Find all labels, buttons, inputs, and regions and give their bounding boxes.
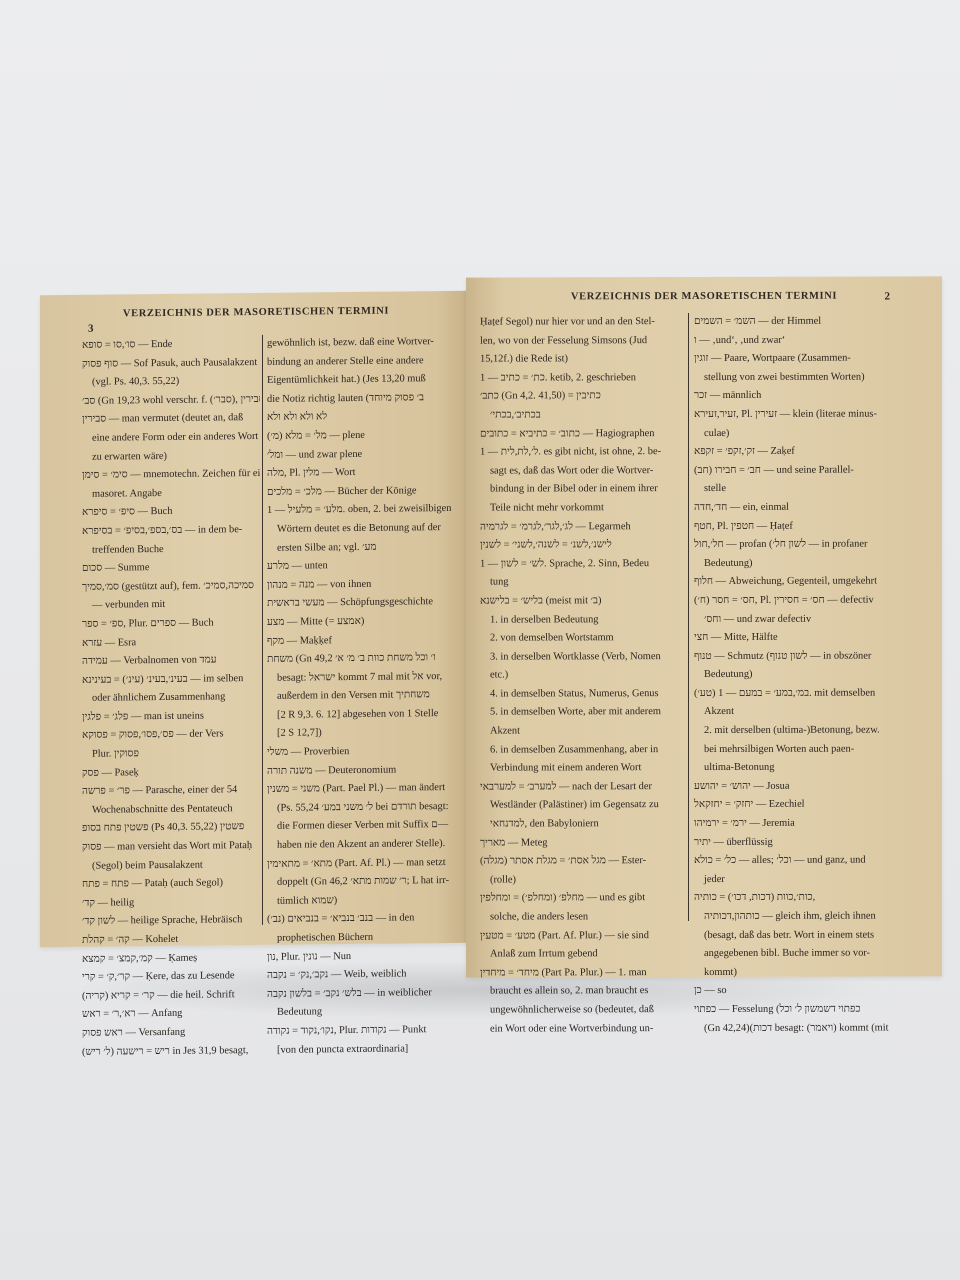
- glossary-line: מלרע — unten: [267, 556, 451, 577]
- glossary-line: לג׳,לגר׳,לגרמ׳ = לגרמיה — Legarmeh: [480, 518, 686, 537]
- glossary-line: נון, Plur. נונין — Nun: [267, 947, 451, 968]
- glossary-line: סיפ׳ = סיפרא — Buch: [82, 502, 260, 522]
- glossary-line: כתוב׳ = כתיביא = כתובים — Hagiographen: [480, 425, 686, 444]
- glossary-line: בכתיב׳,בכתי׳: [480, 406, 686, 425]
- glossary-line: למדנחאי, den Babyloniern: [480, 815, 686, 834]
- glossary-line: סמ׳,סמיך (gestützt auf), fem. סמיכה,סמיכ…: [82, 577, 260, 597]
- glossary-line: פשטין פתח בסופ (Ps 40,3. 55,22) פשטין: [82, 818, 260, 838]
- glossary-line: jeder: [694, 870, 904, 889]
- glossary-line: מאריך — Meteg: [480, 834, 686, 853]
- glossary-line: (vgl. Ps. 40,3. 55,22): [82, 372, 260, 392]
- glossary-line: haben nie den Akzent an anderer Stelle).: [267, 835, 451, 856]
- glossary-line: טנוף — Schmutz (לשון טנוף — in obszöner: [694, 647, 904, 666]
- glossary-line: זכר — männlich: [694, 387, 904, 406]
- right-page-column-1: Ḥaṭef Segol) nur hier vor und an den Ste…: [480, 313, 686, 1039]
- glossary-line: 4. in demselben Status, Numerus, Genus: [480, 685, 686, 704]
- glossary-line: ein Wort oder eine Wortverbindung un-: [480, 1020, 686, 1039]
- glossary-line: זעיר,זעירא, Pl. זעירין — klein (literae …: [694, 405, 904, 424]
- glossary-line: סו׳,סו = סופא — Ende: [82, 335, 260, 355]
- glossary-line: פסק — Paseḳ: [82, 763, 260, 783]
- glossary-line: Westländer (Palästiner) im Gegensatz zu: [480, 796, 686, 815]
- glossary-line: בעינ׳,בעינ׳ (עינ׳) = בעינינא — im selben: [82, 670, 260, 690]
- glossary-line: מלע׳ = מלעיל — 1. oben, 2. bei zweisilbi…: [267, 500, 451, 521]
- glossary-line: 2. von demselben Wortstamm: [480, 629, 686, 648]
- glossary-line: פלג׳ = פלגין — man ist uneins: [82, 707, 260, 727]
- glossary-line: קה׳ = קהלת — Kohelet: [82, 930, 260, 950]
- glossary-line: (Gn 42,24)(דכות besagt: (ויאמר) kommt (m…: [694, 1019, 904, 1038]
- glossary-line: ריש = רישעה (ל׳ ריש) in Jes 31,9 besagt,: [82, 1042, 260, 1062]
- glossary-line: חד׳,חדה — ein, einmal: [694, 498, 904, 517]
- glossary-line: לישנ׳,לשנ׳ = לשנה׳,לשני׳ = לשנין: [480, 536, 686, 555]
- glossary-line: (מ׳) מל׳ = מלא — plene: [267, 426, 451, 447]
- column-divider: [688, 313, 689, 921]
- glossary-line: doppelt (Gn 46,2 ר׳ שמות מתא׳; L hat irr…: [267, 872, 451, 893]
- glossary-line: besagt: ישראל kommt 7 mal mit אל vor,: [267, 668, 451, 689]
- glossary-line: לא ולא ולא ולא: [267, 407, 451, 428]
- glossary-line: Anlaß zum Irrtum gebend: [480, 945, 686, 964]
- glossary-line: bei mehrsilbigen Worten auch paen-: [694, 740, 904, 759]
- glossary-line: מטע׳ = מטעין (Part. Af. Plur.) — sie sin…: [480, 927, 686, 946]
- glossary-line: ירמ׳ = ירמיהו — Jeremia: [694, 815, 904, 834]
- glossary-line: רא׳,ר׳ = ראש — Anfang: [82, 1004, 260, 1024]
- glossary-line: Eigentümlichkeit hat.) (Jes 13,20 muß: [267, 370, 451, 391]
- glossary-line: ersten Silbe an; vgl. מע׳: [267, 537, 451, 558]
- glossary-line: כות׳,כוות (דכות, דכו׳) = כותיה,: [694, 889, 904, 908]
- glossary-line: — verbunden mit: [82, 595, 260, 615]
- glossary-line: מנה = מנהון — von ihnen: [267, 575, 451, 596]
- glossary-line: len, wo von der Fesselung Simsons (Jud: [480, 332, 686, 351]
- glossary-line: stelle: [694, 480, 904, 499]
- glossary-line: פסוק — man versieht das Wort mit Pataḥ: [82, 837, 260, 857]
- glossary-line: קד׳ — heilig: [82, 893, 260, 913]
- glossary-line: [2 S 12,7]): [267, 723, 451, 744]
- glossary-line: סימ׳ = סימן — mnemotechn. Zeichen für ei…: [82, 465, 260, 485]
- glossary-line: 5. in demselben Worte, aber mit anderem: [480, 704, 686, 723]
- glossary-line: קמ׳,קמצ׳ = קמצא — Ḳameṣ: [82, 949, 260, 969]
- glossary-line: Verbindung mit einem anderen Wort: [480, 759, 686, 778]
- glossary-line: לש׳ = לשון — 1. Sprache, 2. Sinn, Bedeu: [480, 555, 686, 574]
- glossary-line: חצי — Mitte, Hälfte: [694, 629, 904, 648]
- left-page-column-1: סו׳,סו = סופא — Endeסוף פסוק — Sof Pasuk…: [82, 335, 260, 1062]
- glossary-line: Bedeutung): [694, 554, 904, 573]
- glossary-line: Akzent: [694, 703, 904, 722]
- glossary-line: נקו׳,נקוד = נקודה, Plur. נקודות — Punkt: [267, 1021, 451, 1042]
- glossary-line: זק׳,זקפ׳ = זקפא — Zaḳef: [694, 443, 904, 462]
- glossary-line: 1. in derselben Bedeutung: [480, 611, 686, 630]
- glossary-line: bindung in der Bibel oder in einem ihrer: [480, 480, 686, 499]
- glossary-line: משני = משנין (Part. Pael Pl.) — man ände…: [267, 779, 451, 800]
- glossary-line: פתח = פתח — Pataḥ (auch Segol): [82, 874, 260, 894]
- glossary-line: Teile nicht mehr vorkommt: [480, 499, 686, 518]
- right-page: VERZEICHNIS DER MASORETISCHEN TERMINI 2 …: [466, 276, 942, 977]
- glossary-line: זוגין — Paare, Wortpaare (Zusammen-: [694, 350, 904, 369]
- glossary-line: Bedeutung): [694, 666, 904, 685]
- glossary-line: סכום — Summe: [82, 558, 260, 578]
- glossary-line: מלה, Pl. מלין — Wort: [267, 463, 451, 484]
- glossary-line: יחזק׳ = יחזקאל — Ezechiel: [694, 796, 904, 815]
- glossary-line: stellung von zwei bestimmten Worten): [694, 368, 904, 387]
- glossary-line: חל׳,חול — profan (לשון חל׳ — in profaner: [694, 536, 904, 555]
- glossary-line: מצע — Mitte (= אמצע): [267, 612, 451, 633]
- glossary-line: וחס׳ — und zwar defectiv: [694, 610, 904, 629]
- glossary-line: culae): [694, 424, 904, 443]
- glossary-line: [2 R 9,3. 6. 12] abgesehen von 1 Stelle: [267, 705, 451, 726]
- glossary-line: (Ps. 55,24 ל׳ משני במע׳ bei תורדם besagt…: [267, 798, 451, 819]
- glossary-line: מלכ׳ = מלכים — Bücher der Könige: [267, 482, 451, 503]
- glossary-line: (Segol) beim Pausalakzent: [82, 856, 260, 876]
- glossary-line: בס׳,בספ׳,בסיפ׳ = בסיפרא — in dem be-: [82, 521, 260, 541]
- glossary-line: 6. in demselben Zusammenhang, aber in: [480, 741, 686, 760]
- glossary-line: (rolle): [480, 871, 686, 890]
- glossary-line: כותהון,דכותיה — gleich ihm, gleich ihnen: [694, 907, 904, 926]
- glossary-line: עזרא — Esra: [82, 632, 260, 652]
- glossary-line: משלי — Proverbien: [267, 742, 451, 763]
- left-page: VERZEICHNIS DER MASORETISCHEN TERMINI 3 …: [40, 291, 472, 948]
- glossary-line: ultima-Betonung: [694, 759, 904, 778]
- glossary-line: kommt): [694, 963, 904, 982]
- glossary-line: 2. mit derselben (ultima-)Betonung, bezw…: [694, 722, 904, 741]
- glossary-line: בליש׳ = בלישנא (meist mit ב׳): [480, 592, 686, 611]
- left-page-column-2: gewöhnlich ist, bezw. daß eine Wortver-b…: [267, 333, 451, 1060]
- glossary-line: מתא׳ = מתאימין (Part. Af. Pl.) — man set…: [267, 854, 451, 875]
- glossary-line: Bedeutung: [267, 1002, 451, 1023]
- glossary-line: angegebenen bibl. Buche immer so vor-: [694, 945, 904, 964]
- glossary-line: sagt es, daß das Wort oder die Wortver-: [480, 462, 686, 481]
- glossary-line: eine andere Form oder ein anderes Wort: [82, 428, 260, 448]
- glossary-line: כפתוי — Fesselung (כפתוי דשמשון ל׳ וכל: [694, 1000, 904, 1019]
- glossary-line: Wochenabschnitte des Pentateuch: [82, 800, 260, 820]
- glossary-line: außerdem in den Versen mit משחתיך: [267, 686, 451, 707]
- page-number-left: 3: [88, 323, 94, 335]
- glossary-line: Ḥaṭef Segol) nur hier vor und an den Ste…: [480, 313, 686, 332]
- glossary-line: etc.): [480, 666, 686, 685]
- glossary-line: (חב) חב׳ = חבירו — und seine Parallel-: [694, 461, 904, 480]
- running-head-left: VERZEICHNIS DER MASORETISCHEN TERMINI: [40, 305, 472, 321]
- glossary-line: מקף — Maḳḳef: [267, 630, 451, 651]
- glossary-line: עמידה — Verbalnomen von עמד: [82, 651, 260, 671]
- glossary-line: ראש פסוק — Versanfang: [82, 1023, 260, 1043]
- glossary-line: [von den puncta extraordinaria]: [267, 1040, 451, 1061]
- glossary-line: bindung an anderer Stelle eine andere: [267, 352, 451, 373]
- glossary-line: כתב׳ (Gn 4,2. 41,50) = כתיבין: [480, 387, 686, 406]
- glossary-line: חלוף — Abweichung, Gegenteil, umgekehrt: [694, 573, 904, 592]
- glossary-line: כת׳ = כתיב — 1. ketib, 2. geschrieben: [480, 369, 686, 388]
- glossary-line: למערב׳ = למערבאי — nach der Lesart der: [480, 778, 686, 797]
- glossary-line: סבירין — man vermutet (deutet an, daß: [82, 409, 260, 429]
- glossary-line: מיחד׳ = מיחדין (Part Pa. Plur.) — 1. man: [480, 964, 686, 983]
- glossary-line: נקב׳,נק׳ = נקבה — Weib, weiblich: [267, 965, 451, 986]
- glossary-line: יהוש׳ = יהושע — Josua: [694, 777, 904, 796]
- running-head-right: VERZEICHNIS DER MASORETISCHEN TERMINI: [466, 290, 942, 302]
- glossary-line: ungewöhnlicherweise so (bedeutet, daß: [480, 1001, 686, 1020]
- glossary-line: כל׳ = כולא — alles; וכל׳ — und ganz, und: [694, 852, 904, 871]
- glossary-line: masoret. Angabe: [82, 484, 260, 504]
- glossary-line: (נב׳) בנב׳ בנביא׳ = בנביאים — in den: [267, 909, 451, 930]
- glossary-line: Akzent: [480, 722, 686, 741]
- glossary-line: treffenden Buche: [82, 539, 260, 559]
- glossary-line: חטף, Pl. חטפין — Ḥaṭef: [694, 517, 904, 536]
- column-divider: [262, 335, 263, 925]
- glossary-line: קר׳,ק׳ = קרי — Ḳere, das zu Lesende: [82, 967, 260, 987]
- glossary-line: ומל׳ — und zwar plene: [267, 445, 451, 466]
- glossary-line: tung: [480, 573, 686, 592]
- glossary-line: zu erwarten wäre): [82, 447, 260, 467]
- glossary-line: פר׳ = פרשה — Parasche, einer der 54: [82, 781, 260, 801]
- glossary-line: die Formen dieser Verben mit Suffix ם‎—: [267, 816, 451, 837]
- glossary-line: סוף פסוק — Sof Pasuk, auch Pausalakzent: [82, 354, 260, 374]
- glossary-line: קר׳ = קריא (קריה) — die heil. Schrift: [82, 986, 260, 1006]
- glossary-line: oder ähnlichem Zusammenhang: [82, 688, 260, 708]
- glossary-line: die Notiz richtig lauten (ב׳ פסוק מיוחד: [267, 389, 451, 410]
- glossary-line: משחת (Gn 49,2 ו׳ וכל משחת כוות ב׳ מ׳ א׳: [267, 649, 451, 670]
- page-number-right: 2: [885, 291, 891, 303]
- glossary-line: השמ׳ = השמים — der Himmel: [694, 312, 904, 331]
- glossary-line: tümlich שמוא): [267, 891, 451, 912]
- glossary-line: מגל אסת׳ = מגלת אסתר (מגלה) — Ester-: [480, 852, 686, 871]
- glossary-line: ו — ‚und‘, ‚und zwar‘: [694, 331, 904, 350]
- glossary-line: כן — so: [694, 982, 904, 1001]
- glossary-line: (טע׳) במ׳,במע׳ = במעם — 1. mit demselben: [694, 684, 904, 703]
- glossary-line: Wörtern deutet es die Betonung auf der: [267, 519, 451, 540]
- glossary-line: בלש׳ נקב׳ = בלשון נקבה — in weiblicher: [267, 984, 451, 1005]
- glossary-line: 15,12f.) die Rede ist): [480, 350, 686, 369]
- right-page-column-2: השמ׳ = השמים — der Himmelו — ‚und‘, ‚und…: [694, 312, 904, 1038]
- glossary-line: (besagt, daß das betr. Wort in einem ste…: [694, 926, 904, 945]
- glossary-line: ל׳,לת,לית — 1. es gibt nicht, ist ohne, …: [480, 443, 686, 462]
- glossary-line: ספ׳ = ספר, Plur. ספרים — Buch: [82, 614, 260, 634]
- glossary-line: משנה תורה — Deuteronomium: [267, 761, 451, 782]
- glossary-line: prophetischen Büchern: [267, 928, 451, 949]
- glossary-line: יתיר — überflüssig: [694, 833, 904, 852]
- glossary-line: מחלפ׳ (ומחלפ׳) = ומחלפין — und es gibt: [480, 889, 686, 908]
- glossary-line: מעשי בראשית — Schöpfungsgeschichte: [267, 593, 451, 614]
- glossary-line: solche, die anders lesen: [480, 908, 686, 927]
- glossary-line: פס׳,פסו׳,פסוק = פסוקא — der Vers: [82, 725, 260, 745]
- glossary-line: gewöhnlich ist, bezw. daß eine Wortver-: [267, 333, 451, 354]
- glossary-line: לשון קד׳ — heilige Sprache, Hebräisch: [82, 911, 260, 931]
- glossary-line: braucht es allein so, 2. man braucht es: [480, 982, 686, 1001]
- glossary-line: (ח׳) חס׳ = חסר, Pl. חס׳ = חסירין — defec…: [694, 591, 904, 610]
- glossary-line: סב׳ (Gn 19,23 wohl verschr. f. (סבר׳), ס…: [82, 391, 260, 411]
- glossary-line: Plur. פסוקין: [82, 744, 260, 764]
- glossary-line: 3. in derselben Wortklasse (Verb, Nomen: [480, 648, 686, 667]
